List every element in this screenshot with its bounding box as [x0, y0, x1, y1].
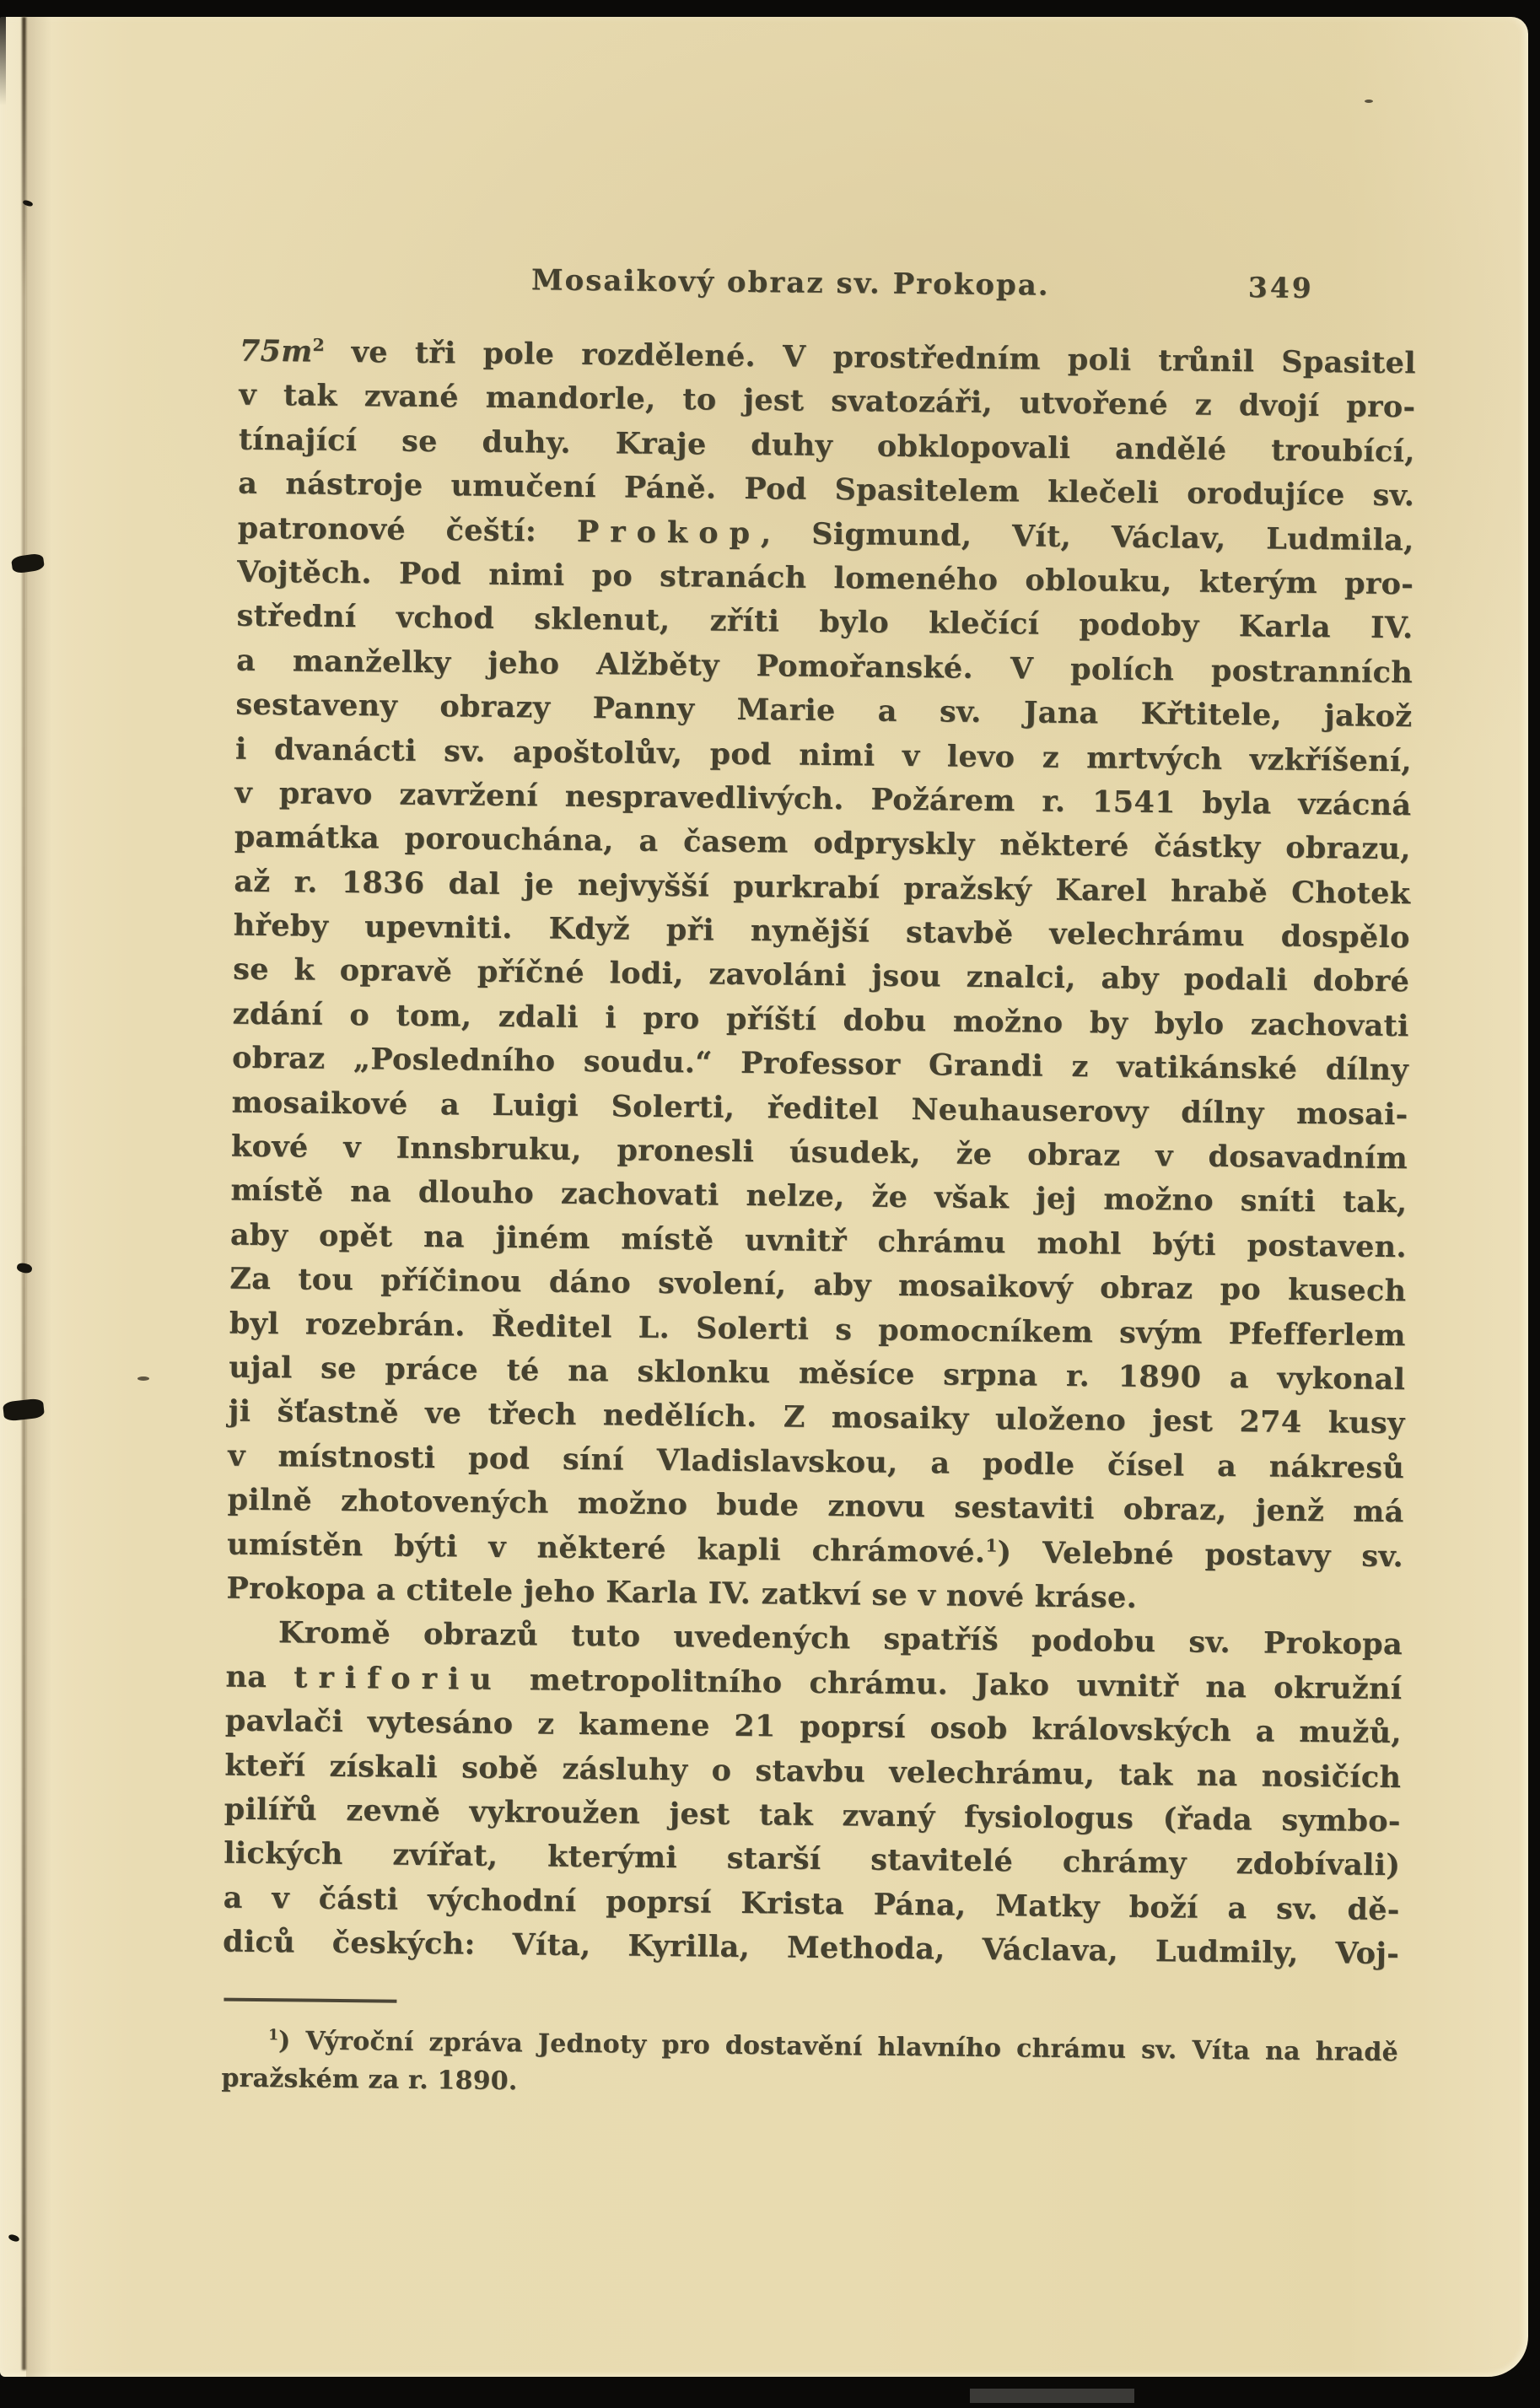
footnote: 1) Výroční zpráva Jednoty pro dostavění …	[221, 2022, 1398, 2110]
body-text: 75m2 ve tři pole rozdělené. V prostřední…	[223, 330, 1416, 1977]
ink-blob	[8, 2233, 20, 2243]
spine-crease-shadow	[26, 17, 51, 2377]
page-number: 349	[1248, 271, 1314, 304]
page-content: Mosaikový obraz sv. Prokopa. 349 75m2 ve…	[221, 261, 1417, 2110]
book-page-paper: Mosaikový obraz sv. Prokopa. 349 75m2 ve…	[0, 17, 1528, 2377]
scan-edge-smudge	[970, 2389, 1134, 2403]
scanned-book-photo: { "header": { "title": "Mosaikový obraz …	[0, 0, 1540, 2408]
page-title: Mosaikový obraz sv. Prokopa.	[531, 263, 1050, 302]
paper-speck	[1365, 100, 1373, 103]
paper-speck	[137, 1376, 149, 1381]
scan-edge-smudge	[0, 0, 6, 105]
running-head: Mosaikový obraz sv. Prokopa. 349	[240, 261, 1417, 312]
footnote-rule	[223, 1998, 396, 2003]
